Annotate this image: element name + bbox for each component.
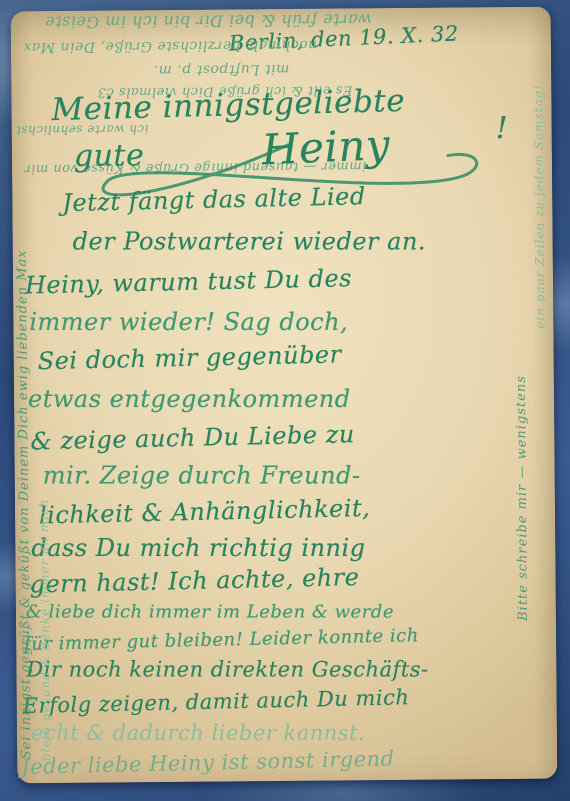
body-line: etwas entgegenkommend xyxy=(28,385,351,413)
body-line-faded: Jeder liebe Heiny ist sonst irgend xyxy=(21,746,395,778)
body-line: Dir noch keinen direkten Geschäfts- xyxy=(26,658,428,682)
body-line: & zeige auch Du Liebe zu xyxy=(30,420,355,455)
inverted-line: warte früh & bei Dir bin ich im Geiste xyxy=(45,10,372,32)
scan-background: Berlin, den 19. X. 32 warte früh & bei D… xyxy=(0,0,570,801)
body-line: der Postwarterei wieder an. xyxy=(73,227,426,255)
postcard: Berlin, den 19. X. 32 warte früh & bei D… xyxy=(11,7,558,784)
body-line: für immer gut bleiben! Leider konnte ich xyxy=(24,625,419,655)
body-line: gern hast! Ich achte, ehre xyxy=(29,563,359,598)
body-line: & liebe dich immer im Leben & werde xyxy=(26,602,394,623)
inverted-line: nochmals herzlichste Grüße, Dein Max xyxy=(23,37,317,56)
body-line: lichkeit & Anhänglichkeit, xyxy=(39,494,371,530)
body-line-faded: echt & dadurch lieber kannst. xyxy=(31,721,365,745)
body-line: Erfolg zeigen, damit auch Du mich xyxy=(22,685,409,718)
right-margin-text: Bitte schreibe mir — wenigstens xyxy=(512,183,531,621)
body-line: immer wieder! Sag doch, xyxy=(29,308,348,336)
body-line: Sei doch mir gegenüber xyxy=(37,340,341,375)
salutation-name-heiny: Heiny xyxy=(261,120,391,175)
body-line: dass Du mich richtig innig xyxy=(31,534,365,562)
right-margin-text-inner: ein paar Zeilen zu jedem Samstag! xyxy=(531,29,548,329)
body-line: Heiny, warum tust Du des xyxy=(25,264,353,299)
inverted-line: mit Luftpost p. m. xyxy=(153,61,289,78)
body-line: mir. Zeige durch Freund- xyxy=(43,462,361,490)
left-margin-text: Sei innigst gegrüßt & geküßt von Deinem … xyxy=(13,95,34,759)
salutation-exclamation: ! xyxy=(496,111,509,146)
